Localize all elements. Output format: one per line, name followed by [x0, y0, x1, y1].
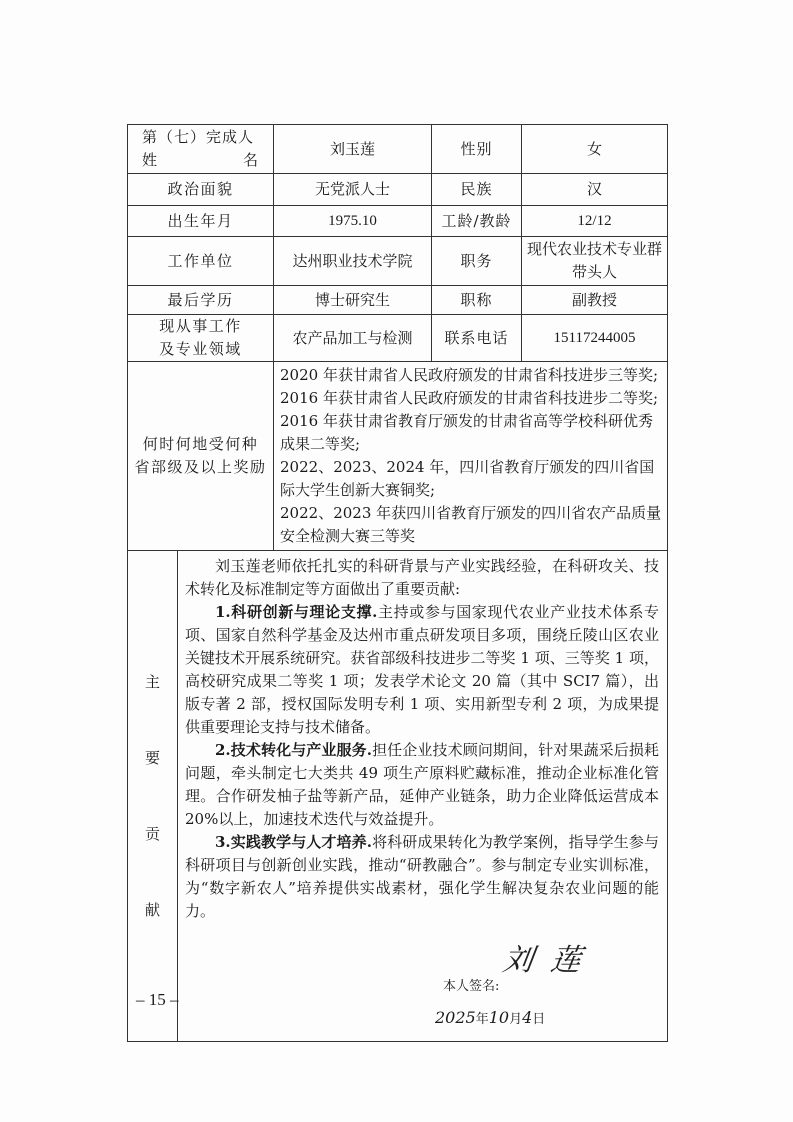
contribution-section: 3.实践教学与人才培养.将科研成果转化为教学案例，指导学生参与科研项目与创新创业… — [185, 831, 659, 923]
position-value: 现代农业技术专业群 带头人 — [522, 237, 668, 286]
name-value: 刘玉莲 — [274, 125, 432, 174]
name-label: 第（七）完成人 姓 名 — [128, 125, 274, 174]
field-value: 农产品加工与检测 — [274, 315, 432, 362]
contributions-text: 刘玉莲老师依托扎实的科研背景与产业实践经验，在科研攻关、技术转化及标准制定等方面… — [178, 551, 668, 1042]
row-employer: 工作单位 达州职业技术学院 职务 现代农业技术专业群 带头人 — [128, 237, 668, 286]
gender-label: 性别 — [432, 125, 522, 174]
position-label: 职务 — [432, 237, 522, 286]
ethnicity-value: 汉 — [522, 174, 668, 206]
section-heading: 3.实践教学与人才培养. — [215, 833, 372, 851]
contributions-label: 主 要 贡 献 — [128, 551, 178, 1042]
birth-value: 1975.10 — [274, 206, 432, 237]
row-politics: 政治面貌 无党派人士 民族 汉 — [128, 174, 668, 206]
document-page: 第（七）完成人 姓 名 刘玉莲 性别 女 政治面貌 无党派人士 民族 汉 出生年… — [0, 0, 793, 1122]
employer-value: 达州职业技术学院 — [274, 237, 432, 286]
award-item: 2020 年获甘肃省人民政府颁发的甘肃省科技进步三等奖; — [280, 364, 663, 387]
signature-block: 本人签名: 刘 莲 2025年10月4日 — [185, 923, 659, 1041]
phone-value: 15117244005 — [522, 315, 668, 362]
education-value: 博士研究生 — [274, 286, 432, 315]
section-heading: 1.科研创新与理论支撑. — [215, 603, 377, 621]
phone-label: 联系电话 — [432, 315, 522, 362]
signature-label: 本人签名: — [443, 975, 499, 998]
row-contributions: 主 要 贡 献 刘玉莲老师依托扎实的科研背景与产业实践经验，在科研攻关、技术转化… — [128, 551, 668, 1042]
row-education: 最后学历 博士研究生 职称 副教授 — [128, 286, 668, 315]
politics-label: 政治面貌 — [128, 174, 274, 206]
title-label: 职称 — [432, 286, 522, 315]
row-birth: 出生年月 1975.10 工龄/教龄 12/12 — [128, 206, 668, 237]
award-item: 2022、2023 年获四川省教育厅颁发的四川省农产品质量安全检测大赛三等奖 — [280, 502, 663, 548]
page-number: – 15 – — [136, 990, 179, 1010]
signature-date: 2025年10月4日 — [435, 1006, 545, 1031]
awards-list: 2020 年获甘肃省人民政府颁发的甘肃省科技进步三等奖; 2016 年获甘肃省人… — [274, 362, 668, 551]
row-name: 第（七）完成人 姓 名 刘玉莲 性别 女 — [128, 125, 668, 174]
award-item: 2022、2023、2024 年，四川省教育厅颁发的四川省国际大学生创新大赛铜奖… — [280, 456, 663, 502]
contribution-section: 1.科研创新与理论支撑.主持或参与国家现代农业产业技术体系专项、国家自然科学基金… — [185, 601, 659, 739]
row-field: 现从事工作 及专业领域 农产品加工与检测 联系电话 15117244005 — [128, 315, 668, 362]
gender-value: 女 — [522, 125, 668, 174]
candidate-info-form: 第（七）完成人 姓 名 刘玉莲 性别 女 政治面貌 无党派人士 民族 汉 出生年… — [127, 124, 668, 1042]
birth-label: 出生年月 — [128, 206, 274, 237]
contribution-section: 2.技术转化与产业服务.担任企业技术顾问期间，针对果蔬采后损耗问题，牵头制定七大… — [185, 739, 659, 831]
seniority-value: 12/12 — [522, 206, 668, 237]
handwritten-signature: 刘 莲 — [501, 949, 586, 972]
awards-label: 何时何地受何种 省部级及以上奖励 — [128, 362, 274, 551]
title-value: 副教授 — [522, 286, 668, 315]
field-label: 现从事工作 及专业领域 — [128, 315, 274, 362]
ethnicity-label: 民族 — [432, 174, 522, 206]
seniority-label: 工龄/教龄 — [432, 206, 522, 237]
award-item: 2016 年获甘肃省教育厅颁发的甘肃省高等学校科研优秀成果二等奖; — [280, 410, 663, 456]
politics-value: 无党派人士 — [274, 174, 432, 206]
education-label: 最后学历 — [128, 286, 274, 315]
contributions-intro: 刘玉莲老师依托扎实的科研背景与产业实践经验，在科研攻关、技术转化及标准制定等方面… — [185, 555, 659, 601]
employer-label: 工作单位 — [128, 237, 274, 286]
section-heading: 2.技术转化与产业服务. — [215, 741, 372, 759]
award-item: 2016 年获甘肃省人民政府颁发的甘肃省科技进步二等奖; — [280, 387, 663, 410]
row-awards: 何时何地受何种 省部级及以上奖励 2020 年获甘肃省人民政府颁发的甘肃省科技进… — [128, 362, 668, 551]
